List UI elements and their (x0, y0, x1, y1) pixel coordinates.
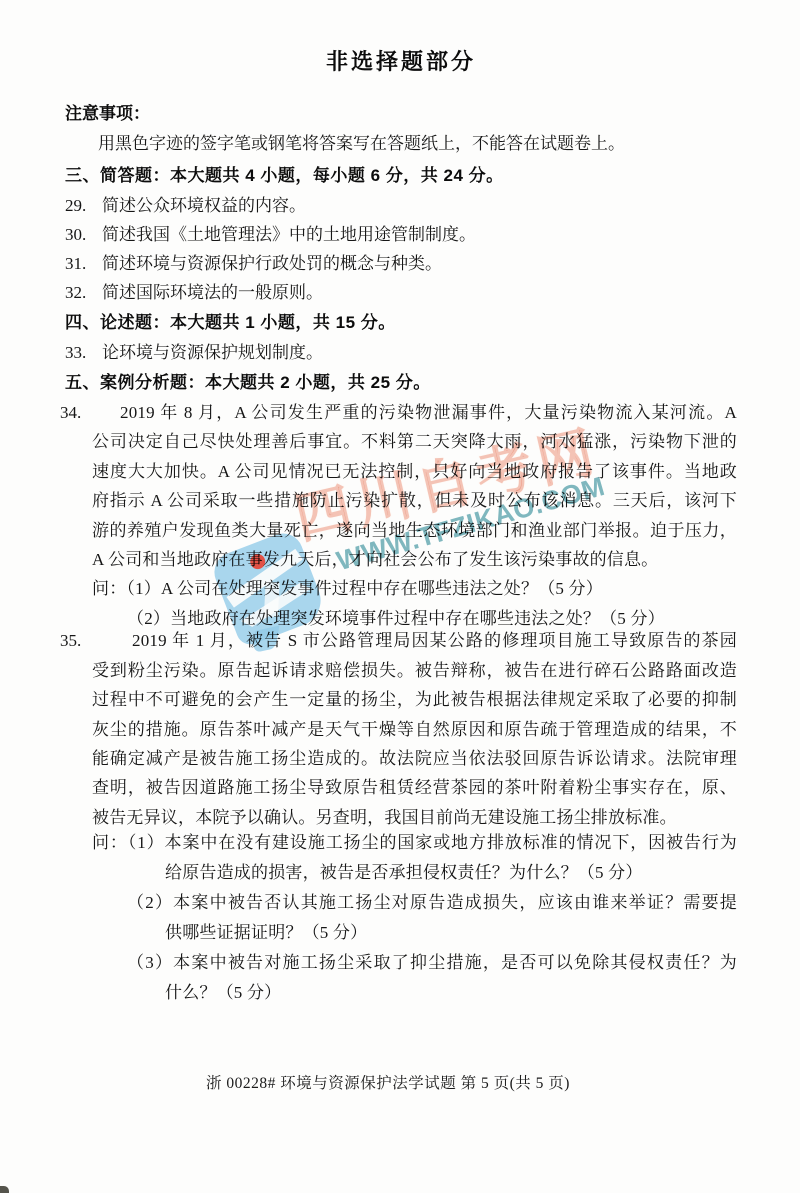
case-text-line: 过程中不可避免的会产生一定量的扬尘，为此被告根据法律规定采取了必要的抑制 (92, 685, 737, 714)
case-34-body: 2019 年 8 月，A 公司发生严重的污染物泄漏事件，大量污染物流入某河流。A… (92, 398, 737, 574)
case-text-line: 府指示 A 公司采取一些措施防止污染扩散，但未及时公布该消息。三天后，该河下 (92, 486, 737, 515)
exam-paper-page: 非选择题部分 注意事项： 用黑色字迹的签字笔或钢笔将答案写在答题纸上，不能答在试… (0, 0, 800, 1193)
case-text-line: 灰尘的措施。原告茶叶减产是天气干燥等自然原因和原告疏于管理造成的结果，不 (92, 715, 737, 744)
case-subquestion-line: （2）本案中被告否认其施工扬尘对原告造成损失，应该由谁来举证？需要提 (127, 888, 737, 918)
question-item: 33.论环境与资源保护规划制度。 (65, 338, 737, 367)
case-text-line: 查明，被告因道路施工扬尘导致原告租赁经营茶园的茶叶附着粉尘事实存在，原、 (92, 773, 737, 802)
case-text-line: 公司决定自己尽快处理善后事宜。不料第二天突降大雨，河水猛涨，污染物下泄的 (92, 427, 737, 456)
case-text-line: 速度大大加快。A 公司见情况已无法控制，只好向当地政府报告了该事件。当地政 (92, 457, 737, 486)
notice-label: 注意事项： (65, 99, 737, 129)
case-subquestion-line: （3）本案中被告对施工扬尘采取了抑尘措施，是否可以免除其侵权责任？为 (127, 948, 737, 978)
essay-question-list: 33.论环境与资源保护规划制度。 (65, 338, 737, 367)
question-text: 简述国际环境法的一般原则。 (102, 283, 323, 302)
page-content: 非选择题部分 注意事项： 用黑色字迹的签字笔或钢笔将答案写在答题纸上，不能答在试… (65, 46, 737, 1008)
scan-artifact (0, 1186, 9, 1193)
question-number: 30. (65, 220, 102, 249)
question-text: 简述公众环境权益的内容。 (102, 196, 306, 215)
question-item: 31.简述环境与资源保护行政处罚的概念与种类。 (65, 249, 737, 278)
case-number: 34. (60, 398, 81, 428)
question-number: 29. (65, 191, 102, 220)
case-text-line: 能确定减产是被告施工扬尘造成的。故法院应当依法驳回原告诉讼请求。法院审理 (92, 744, 737, 773)
case-35-questions: 问：（1）本案中在没有建设施工扬尘的国家或地方排放标准的情况下，因被告行为给原告… (92, 828, 737, 1008)
case-text-line: 游的养殖户发现鱼类大量死亡，遂向当地生态环境部门和渔业部门举报。迫于压力， (92, 516, 737, 545)
case-subquestion-line: 给原告造成的损害，被告是否承担侵权责任？为什么？（5 分） (165, 858, 737, 888)
case-text-line: 受到粉尘污染。原告起诉请求赔偿损失。被告辩称，被告在进行碎石公路路面改造 (92, 656, 737, 685)
case-question-35: 35. 2019 年 1 月，被告 S 市公路管理局因某公路的修理项目施工导致原… (65, 626, 737, 1008)
question-number: 31. (65, 249, 102, 278)
case-number: 35. (60, 626, 81, 656)
case-34-questions: 问：（1）A 公司在处理突发事件过程中存在哪些违法之处？（5 分）（2）当地政府… (92, 574, 737, 633)
question-number: 32. (65, 278, 102, 307)
question-text: 论环境与资源保护规划制度。 (102, 343, 323, 362)
question-text: 简述环境与资源保护行政处罚的概念与种类。 (102, 254, 442, 273)
case-text-line: A 公司和当地政府在事发九天后，才向社会公布了发生该污染事故的信息。 (92, 545, 737, 574)
case-35-body: 2019 年 1 月，被告 S 市公路管理局因某公路的修理项目施工导致原告的茶园… (92, 626, 737, 832)
question-text: 简述我国《土地管理法》中的土地用途管制制度。 (102, 225, 476, 244)
page-title: 非选择题部分 (65, 46, 737, 78)
section-header-case-analysis: 五、案例分析题：本大题共 2 小题，共 25 分。 (65, 368, 737, 398)
short-answer-question-list: 29.简述公众环境权益的内容。30.简述我国《土地管理法》中的土地用途管制制度。… (65, 191, 737, 307)
section-header-essay: 四、论述题：本大题共 1 小题，共 15 分。 (65, 308, 737, 338)
section-header-short-answer: 三、简答题：本大题共 4 小题，每小题 6 分，共 24 分。 (65, 161, 737, 191)
question-item: 32.简述国际环境法的一般原则。 (65, 278, 737, 307)
question-item: 29.简述公众环境权益的内容。 (65, 191, 737, 220)
case-subquestion-line: 什么？（5 分） (165, 978, 737, 1008)
question-item: 30.简述我国《土地管理法》中的土地用途管制制度。 (65, 220, 737, 249)
case-text-line: 2019 年 8 月，A 公司发生严重的污染物泄漏事件，大量污染物流入某河流。A (92, 398, 737, 427)
page-footer: 浙 00228# 环境与资源保护法学试题 第 5 页(共 5 页) (0, 1071, 776, 1093)
notice-text: 用黑色字迹的签字笔或钢笔将答案写在答题纸上，不能答在试题卷上。 (98, 129, 737, 159)
case-question-34: 34. 2019 年 8 月，A 公司发生严重的污染物泄漏事件，大量污染物流入某… (65, 398, 737, 633)
case-text-line: 2019 年 1 月，被告 S 市公路管理局因某公路的修理项目施工导致原告的茶园 (92, 626, 737, 655)
question-number: 33. (65, 338, 102, 367)
case-subquestion-line: 问：（1）本案中在没有建设施工扬尘的国家或地方排放标准的情况下，因被告行为 (92, 828, 737, 858)
case-subquestion-line: 问：（1）A 公司在处理突发事件过程中存在哪些违法之处？（5 分） (92, 574, 737, 604)
case-subquestion-line: 供哪些证据证明？（5 分） (165, 918, 737, 948)
